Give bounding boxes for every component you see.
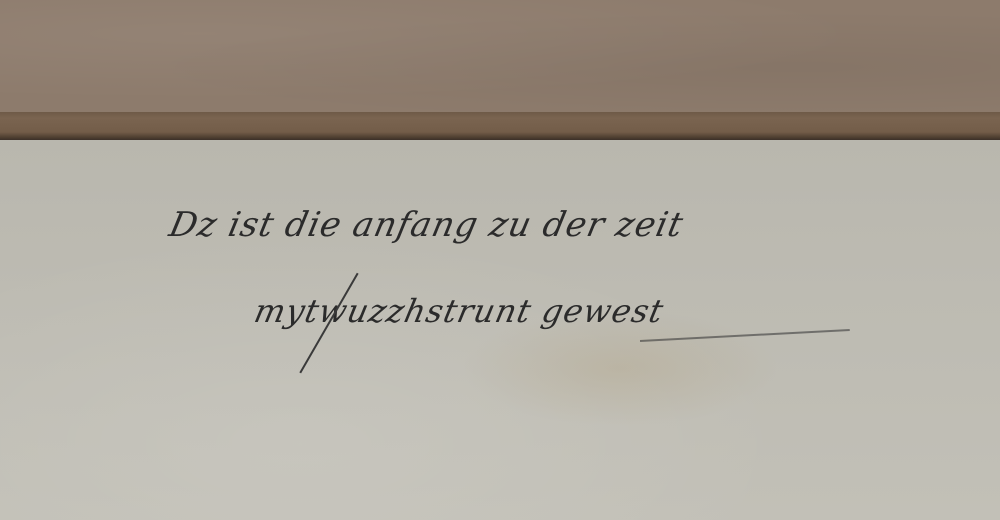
mount-edge [0,112,1000,140]
mount-board [0,0,1000,112]
manuscript-paper [0,140,1000,520]
handwritten-line-2: mytwuzzhstrunt gewest [251,292,668,330]
handwritten-line-1: Dz ist die anfang zu der zeit [166,205,687,245]
